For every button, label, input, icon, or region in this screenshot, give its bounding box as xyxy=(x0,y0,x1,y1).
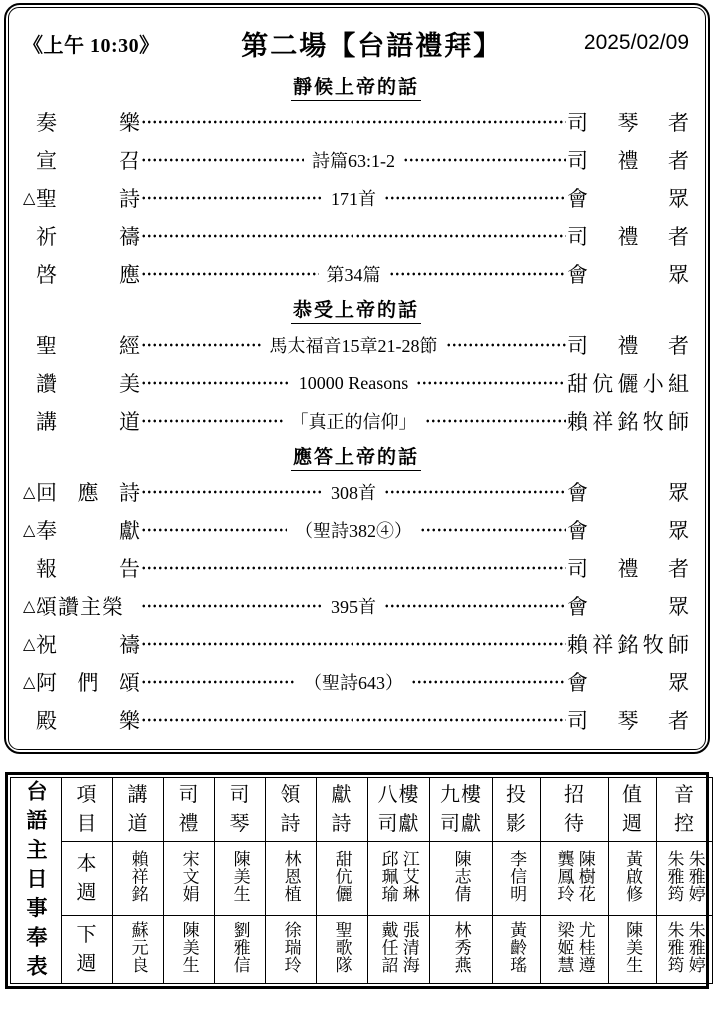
dotted-leader xyxy=(446,326,567,364)
item-role: 甜伉儷小組 xyxy=(567,368,689,398)
item-label: 報告 xyxy=(36,553,140,583)
program-item-hymn: △ 聖詩 171首 會眾 xyxy=(23,179,689,217)
duty-cell: 李信明 xyxy=(493,842,541,916)
worship-program-box: 《上午 10:30》 第二場【台語禮拜】 2025/02/09 靜候上帝的話 奏… xyxy=(4,3,710,754)
item-role: 司琴者 xyxy=(567,107,689,137)
section-heading-receiving: 恭受上帝的話 xyxy=(23,293,689,326)
duty-name: 黃啟修 xyxy=(622,850,643,903)
item-role: 司禮者 xyxy=(567,145,689,175)
program-item-response-hymn: △ 回應詩 308首 會眾 xyxy=(23,473,689,511)
duty-cell: 陳美生 xyxy=(609,916,657,984)
column-header-sound: 音 控 xyxy=(657,778,713,842)
duty-name: 陳美生 xyxy=(622,921,643,974)
row-label-this-week: 本 週 xyxy=(62,842,113,916)
item-label: 殿樂 xyxy=(36,705,140,735)
item-label: 祈禱 xyxy=(36,221,140,251)
program-item-amen: △ 阿們頌 （聖詩643） 會眾 xyxy=(23,663,689,701)
dotted-leader xyxy=(141,587,323,625)
duty-cell: 張清海 戴任詔 xyxy=(368,916,430,984)
duty-name: 朱雅婷 朱雅筠 xyxy=(663,921,706,974)
duty-name: 甜伉儷 xyxy=(331,850,352,903)
dotted-leader xyxy=(389,255,567,293)
item-role: 司禮者 xyxy=(567,221,689,251)
item-label: 頌讚主榮 xyxy=(36,591,140,621)
duty-cell: 黃啟修 xyxy=(609,842,657,916)
duty-name: 陳志倩 xyxy=(450,850,471,903)
stand-marker: △ xyxy=(23,596,36,616)
item-label: 講道 xyxy=(36,406,140,436)
item-content: 308首 xyxy=(324,479,383,505)
section-heading-text: 應答上帝的話 xyxy=(291,442,421,471)
dotted-leader xyxy=(141,473,323,511)
column-header-week-duty: 值 週 xyxy=(609,778,657,842)
dotted-leader xyxy=(416,364,566,402)
duty-name: 林秀燕 xyxy=(450,921,471,974)
item-label: 讚美 xyxy=(36,368,140,398)
section-heading-waiting: 靜候上帝的話 xyxy=(23,70,689,103)
service-time: 《上午 10:30》 xyxy=(23,29,160,58)
dotted-leader xyxy=(141,217,353,255)
stand-marker: △ xyxy=(23,520,36,540)
item-role: 會眾 xyxy=(567,259,689,289)
worship-program-inner: 《上午 10:30》 第二場【台語禮拜】 2025/02/09 靜候上帝的話 奏… xyxy=(8,7,706,750)
duty-cell: 劉雅信 xyxy=(215,916,266,984)
stand-marker: △ xyxy=(23,188,36,208)
program-item-announcements: 報告 司禮者 xyxy=(23,549,689,587)
column-header-pianist: 司 琴 xyxy=(215,778,266,842)
dotted-leader xyxy=(141,255,319,293)
dotted-leader xyxy=(141,141,304,179)
item-role: 司禮者 xyxy=(567,553,689,583)
dotted-leader xyxy=(425,402,567,440)
item-role: 會眾 xyxy=(567,667,689,697)
duty-table-title-cell: 台語主日事奉表 xyxy=(11,778,62,984)
item-role: 會眾 xyxy=(567,183,689,213)
program-item-scripture: 聖經 馬太福音15章21-28節 司禮者 xyxy=(23,326,689,364)
duty-name: 蘇元良 xyxy=(127,921,148,974)
item-label: 祝禱 xyxy=(36,629,140,659)
section-heading-text: 恭受上帝的話 xyxy=(291,295,421,324)
column-header-liturgist: 司 禮 xyxy=(164,778,215,842)
item-content: （聖詩382④） xyxy=(288,517,419,543)
section-heading-responding: 應答上帝的話 xyxy=(23,440,689,473)
dotted-leader xyxy=(411,663,566,701)
dotted-leader xyxy=(141,103,353,141)
item-content: （聖詩643） xyxy=(297,669,410,695)
dotted-leader xyxy=(384,587,566,625)
dotted-leader xyxy=(141,549,353,587)
item-role: 會眾 xyxy=(567,591,689,621)
column-header-9f-usher: 九樓 司獻 xyxy=(430,778,493,842)
service-date: 2025/02/09 xyxy=(584,31,689,55)
duty-cell: 江艾琳 邱珮瑜 xyxy=(368,842,430,916)
duty-name: 黃齡瑤 xyxy=(506,921,527,974)
item-role: 賴祥銘牧師 xyxy=(567,406,689,436)
dotted-leader xyxy=(355,103,567,141)
duty-name: 陳美生 xyxy=(178,921,199,974)
dotted-leader xyxy=(141,326,262,364)
duty-table-title: 台語主日事奉表 xyxy=(21,780,51,976)
column-header-song-leader: 領 詩 xyxy=(266,778,317,842)
item-content: 第34篇 xyxy=(320,261,388,287)
duty-name: 尤桂遵 梁姬慧 xyxy=(553,921,596,974)
item-role: 賴祥銘牧師 xyxy=(567,629,689,659)
dotted-leader xyxy=(141,625,353,663)
dotted-leader xyxy=(420,511,566,549)
item-content: 詩篇63:1-2 xyxy=(305,147,402,173)
duty-cell: 陳樹花 龔鳳玲 xyxy=(541,842,609,916)
column-header-anthem: 獻 詩 xyxy=(317,778,368,842)
duty-cell: 甜伉儷 xyxy=(317,842,368,916)
item-label: 阿們頌 xyxy=(36,667,140,697)
duty-row-this-week: 本 週 賴祥銘 宋文娟 陳美生 林恩植 甜伉儷 江艾琳 邱珮瑜 陳志倩 李信明 … xyxy=(11,842,713,916)
column-header-reception: 招 待 xyxy=(541,778,609,842)
duty-cell: 宋文娟 xyxy=(164,842,215,916)
dotted-leader xyxy=(141,364,291,402)
dotted-leader xyxy=(141,701,353,739)
duty-cell: 尤桂遵 梁姬慧 xyxy=(541,916,609,984)
section-heading-text: 靜候上帝的話 xyxy=(291,72,421,101)
program-item-offering: △ 奉獻 （聖詩382④） 會眾 xyxy=(23,511,689,549)
stand-marker: △ xyxy=(23,634,36,654)
duty-cell: 朱雅婷 朱雅筠 xyxy=(657,842,713,916)
duty-cell: 蘇元良 xyxy=(113,916,164,984)
item-content: 馬太福音15章21-28節 xyxy=(263,332,445,358)
item-content: 「真正的信仰」 xyxy=(284,408,424,434)
duty-cell: 陳美生 xyxy=(164,916,215,984)
duty-name: 林恩植 xyxy=(280,850,301,903)
item-label: 啓應 xyxy=(36,259,140,289)
item-content: 10000 Reasons xyxy=(292,373,416,394)
column-header-projection: 投 影 xyxy=(493,778,541,842)
program-item-responsive-reading: 啓應 第34篇 會眾 xyxy=(23,255,689,293)
dotted-leader xyxy=(141,663,296,701)
item-label: 聖詩 xyxy=(36,183,140,213)
duty-name: 陳美生 xyxy=(229,850,250,903)
dotted-leader xyxy=(403,141,566,179)
item-content: 171首 xyxy=(324,185,383,211)
dotted-leader xyxy=(141,402,283,440)
duty-name: 朱雅婷 朱雅筠 xyxy=(663,850,706,903)
dotted-leader xyxy=(355,701,567,739)
duty-name: 宋文娟 xyxy=(178,850,199,903)
program-item-benediction: △ 祝禱 賴祥銘牧師 xyxy=(23,625,689,663)
dotted-leader xyxy=(384,179,566,217)
duty-cell: 徐瑞玲 xyxy=(266,916,317,984)
column-header-8f-usher: 八樓 司獻 xyxy=(368,778,430,842)
duty-cell: 林恩植 xyxy=(266,842,317,916)
duty-cell: 聖歌隊 xyxy=(317,916,368,984)
item-role: 會眾 xyxy=(567,477,689,507)
program-item-gloria: △ 頌讚主榮 395首 會眾 xyxy=(23,587,689,625)
duty-cell: 朱雅婷 朱雅筠 xyxy=(657,916,713,984)
page-title: 第二場【台語禮拜】 xyxy=(241,24,502,63)
row-label-next-week: 下 週 xyxy=(62,916,113,984)
duty-cell: 陳美生 xyxy=(215,842,266,916)
dotted-leader xyxy=(141,179,323,217)
duty-name: 江艾琳 邱珮瑜 xyxy=(377,850,420,903)
program-item-prelude: 奏樂 司琴者 xyxy=(23,103,689,141)
program-item-postlude: 殿樂 司琴者 xyxy=(23,701,689,739)
duty-name: 賴祥銘 xyxy=(127,850,148,903)
dotted-leader xyxy=(355,217,567,255)
column-header-item: 項 目 xyxy=(62,778,113,842)
duty-table: 台語主日事奉表 項 目 講 道 司 禮 司 琴 領 詩 獻 詩 八樓 司獻 九樓… xyxy=(10,777,713,984)
duty-name: 劉雅信 xyxy=(229,921,250,974)
program-item-prayer: 祈禱 司禮者 xyxy=(23,217,689,255)
item-content: 395首 xyxy=(324,593,383,619)
dotted-leader xyxy=(141,511,287,549)
column-header-sermon: 講 道 xyxy=(113,778,164,842)
item-label: 宣召 xyxy=(36,145,140,175)
duty-row-next-week: 下 週 蘇元良 陳美生 劉雅信 徐瑞玲 聖歌隊 張清海 戴任詔 林秀燕 黃齡瑤 … xyxy=(11,916,713,984)
dotted-leader xyxy=(384,473,566,511)
duty-cell: 陳志倩 xyxy=(430,842,493,916)
item-role: 會眾 xyxy=(567,515,689,545)
program-item-sermon: 講道 「真正的信仰」 賴祥銘牧師 xyxy=(23,402,689,440)
program-header: 《上午 10:30》 第二場【台語禮拜】 2025/02/09 xyxy=(23,20,689,66)
dotted-leader xyxy=(355,625,567,663)
duty-cell: 賴祥銘 xyxy=(113,842,164,916)
duty-cell: 黃齡瑤 xyxy=(493,916,541,984)
duty-name: 陳樹花 龔鳳玲 xyxy=(553,850,596,903)
duty-name: 徐瑞玲 xyxy=(280,921,301,974)
stand-marker: △ xyxy=(23,482,36,502)
item-label: 奏樂 xyxy=(36,107,140,137)
item-label: 奉獻 xyxy=(36,515,140,545)
dotted-leader xyxy=(355,549,567,587)
duty-name: 聖歌隊 xyxy=(331,921,352,974)
item-role: 司琴者 xyxy=(567,705,689,735)
item-label: 回應詩 xyxy=(36,477,140,507)
duty-cell: 林秀燕 xyxy=(430,916,493,984)
duty-name: 李信明 xyxy=(506,850,527,903)
program-item-call: 宣召 詩篇63:1-2 司禮者 xyxy=(23,141,689,179)
item-label: 聖經 xyxy=(36,330,140,360)
item-role: 司禮者 xyxy=(567,330,689,360)
duty-table-frame: 台語主日事奉表 項 目 講 道 司 禮 司 琴 領 詩 獻 詩 八樓 司獻 九樓… xyxy=(5,772,709,989)
duty-header-row: 台語主日事奉表 項 目 講 道 司 禮 司 琴 領 詩 獻 詩 八樓 司獻 九樓… xyxy=(11,778,713,842)
stand-marker: △ xyxy=(23,672,36,692)
duty-name: 張清海 戴任詔 xyxy=(377,921,420,974)
program-item-praise: 讚美 10000 Reasons 甜伉儷小組 xyxy=(23,364,689,402)
